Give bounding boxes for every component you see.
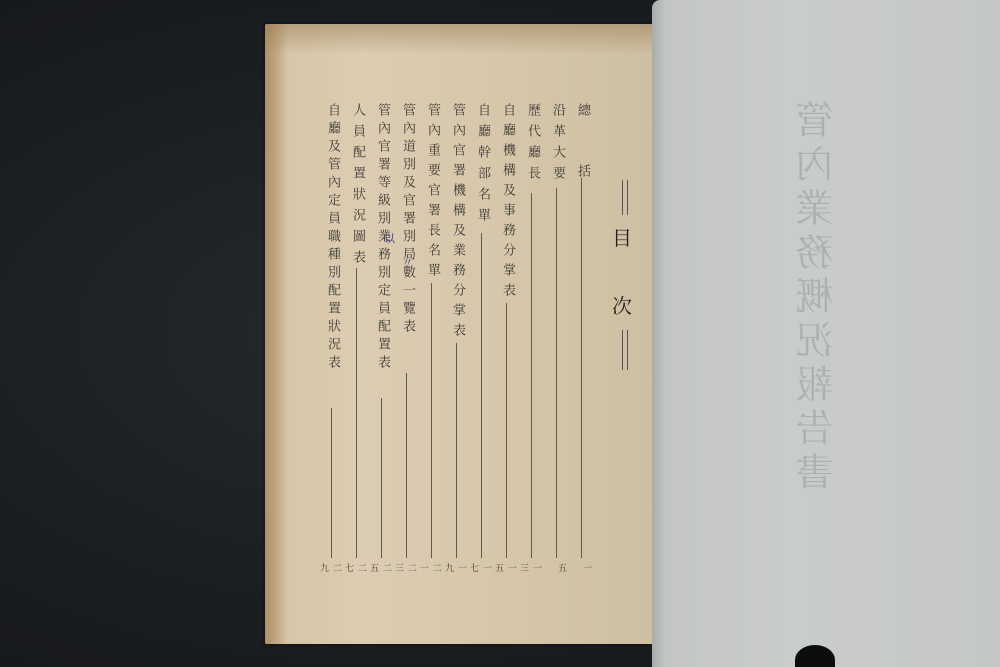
toc-entry: 管內道別及官署別局數一覽表 二三: [398, 103, 416, 337]
toc-entry-title: 歷代廳長: [523, 103, 541, 187]
toc-entry-page: 一: [571, 563, 593, 573]
toc-entry-title: 管內重要官署長名單: [423, 103, 441, 283]
toc-entry-page: 一七: [471, 563, 493, 573]
heading-double-rule-top: [622, 180, 628, 215]
toc-entry-title: 人員配置狀況圖表: [348, 103, 366, 271]
leader-line: [381, 398, 382, 558]
leader-line: [581, 178, 582, 558]
toc-entry: 自廳幹部名單 一七: [473, 103, 491, 229]
leader-line: [331, 408, 332, 558]
toc-entry-title: 管內道別及官署別局數一覽表: [398, 103, 416, 337]
thumb-silhouette: [795, 645, 835, 667]
leader-line: [406, 373, 407, 558]
toc-entry-page: 二九: [321, 563, 343, 573]
toc-entry-page: 一三: [521, 563, 543, 573]
toc-entry-title: 總括: [573, 103, 591, 225]
leader-line: [506, 303, 507, 558]
toc-entry-title: 自廳幹部名單: [473, 103, 491, 229]
toc-entry: 總括 一: [573, 103, 591, 225]
toc-heading: 目 次: [610, 180, 640, 380]
heading-char-2: 次: [612, 290, 632, 319]
leader-line: [356, 268, 357, 558]
toc-entry-page: 二五: [371, 563, 393, 573]
toc-entry-page: 二三: [396, 563, 418, 573]
pen-annotation: 以: [384, 230, 395, 246]
toc-entry: 人員配置狀況圖表 二七: [348, 103, 366, 271]
toc-entry-page: 一九: [446, 563, 468, 573]
leader-line: [431, 283, 432, 558]
toc-entry-page: 一五: [496, 563, 518, 573]
leader-line: [531, 193, 532, 558]
leader-line: [556, 188, 557, 558]
toc-entry: 歷代廳長 一三: [523, 103, 541, 187]
leader-line: [481, 233, 482, 558]
toc-entry: 自廳及管內定員職種別配置狀況表 二九: [323, 103, 341, 373]
toc-entry-page: 二一: [421, 563, 443, 573]
heading-char-1: 目: [612, 222, 632, 251]
toc-entry: 管內重要官署長名單 二一: [423, 103, 441, 283]
toc-entry-title: 自廳及管內定員職種別配置狀況表: [323, 103, 341, 373]
pen-annotation: 〃: [402, 254, 413, 270]
toc-entry-page: 五: [546, 563, 568, 573]
heading-double-rule-bottom: [622, 330, 628, 370]
toc-entry-title: 沿革大要: [548, 103, 566, 187]
bleed-through-title: 管內業務概況報告書: [790, 100, 840, 496]
leader-line: [456, 343, 457, 558]
toc-entry-title: 自廳機構及事務分掌表: [498, 103, 516, 303]
toc-entry-title: 管內官署機構及業務分掌表: [448, 103, 466, 343]
toc-entry: 管內官署機構及業務分掌表 一九: [448, 103, 466, 343]
toc-entry: 自廳機構及事務分掌表 一五: [498, 103, 516, 303]
toc-entry-page: 二七: [346, 563, 368, 573]
toc-entry: 沿革大要 五: [548, 103, 566, 187]
